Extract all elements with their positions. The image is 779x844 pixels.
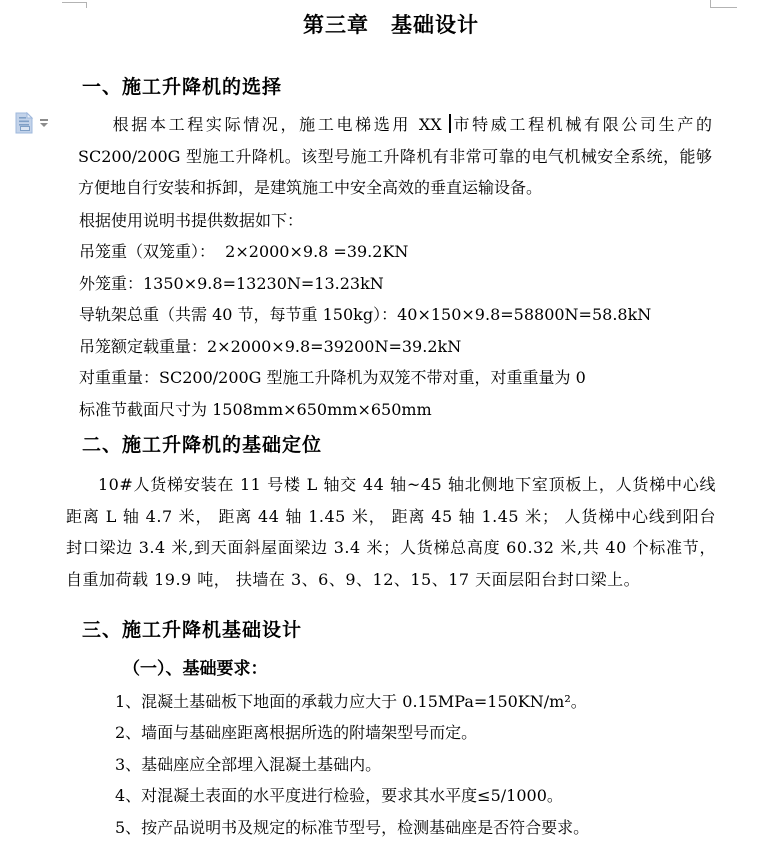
requirement-list: 1、混凝土基础板下地面的承载力应大于 0.15MPa=150KN/m²。 2、墙… — [66, 686, 716, 844]
document-content: 第三章 基础设计 一、施工升降机的选择 根据本工程实际情况，施工电梯选用 XX … — [66, 0, 716, 843]
section2-paragraph-text: 10#人货梯安装在 11 号楼 L 轴交 44 轴~45 轴北侧地下室顶板上，人… — [66, 475, 716, 589]
section2-heading: 二、施工升降机的基础定位 — [82, 431, 716, 459]
requirement-item: 4、对混凝土表面的水平度进行检验，要求其水平度≤5/1000。 — [115, 780, 716, 812]
spec-data-line: 吊笼额定载重量：2×2000×9.8=39200N=39.2kN — [79, 331, 716, 363]
section3-subheading: （一）、基础要求： — [123, 654, 716, 686]
chevron-down-icon[interactable] — [39, 119, 50, 128]
spec-data-list: 根据使用说明书提供数据如下： 吊笼重（双笼重）： 2×2000×9.8 =39.… — [66, 205, 716, 426]
section1-paragraph-pre: 根据本工程实际情况，施工电梯选用 XX — [110, 115, 449, 134]
section3-heading: 三、施工升降机基础设计 — [82, 616, 716, 644]
paste-options-button[interactable] — [15, 111, 51, 139]
requirement-item: 3、基础座应全部埋入混凝土基础内。 — [115, 749, 716, 781]
section1-heading: 一、施工升降机的选择 — [82, 73, 716, 101]
chapter-title: 第三章 基础设计 — [66, 10, 716, 40]
spec-data-line: 根据使用说明书提供数据如下： — [79, 205, 716, 237]
requirement-item: 5、按产品说明书及规定的标准节型号，检测基础座是否符合要求。 — [115, 812, 716, 844]
document-page: 第三章 基础设计 一、施工升降机的选择 根据本工程实际情况，施工电梯选用 XX … — [0, 0, 779, 844]
spec-data-line: 外笼重：1350×9.8=13230N=13.23kN — [79, 268, 716, 300]
spec-data-line: 导轨架总重（共需 40 节，每节重 150kg）：40×150×9.8=5880… — [79, 299, 716, 331]
requirement-item: 1、混凝土基础板下地面的承载力应大于 0.15MPa=150KN/m²。 — [115, 686, 716, 718]
section2-paragraph: 10#人货梯安装在 11 号楼 L 轴交 44 轴~45 轴北侧地下室顶板上，人… — [66, 469, 716, 595]
spec-data-line: 对重重量：SC200/200G 型施工升降机为双笼不带对重，对重重量为 0 — [79, 362, 716, 394]
section1-paragraph: 根据本工程实际情况，施工电梯选用 XX 市特威工程机械有限公司生产的 SC200… — [78, 109, 712, 204]
requirement-item: 2、墙面与基础座距离根据所选的附墙架型号而定。 — [115, 717, 716, 749]
spec-data-line: 标准节截面尺寸为 1508mm×650mm×650mm — [79, 394, 716, 426]
spec-data-line: 吊笼重（双笼重）： 2×2000×9.8 =39.2KN — [79, 236, 716, 268]
